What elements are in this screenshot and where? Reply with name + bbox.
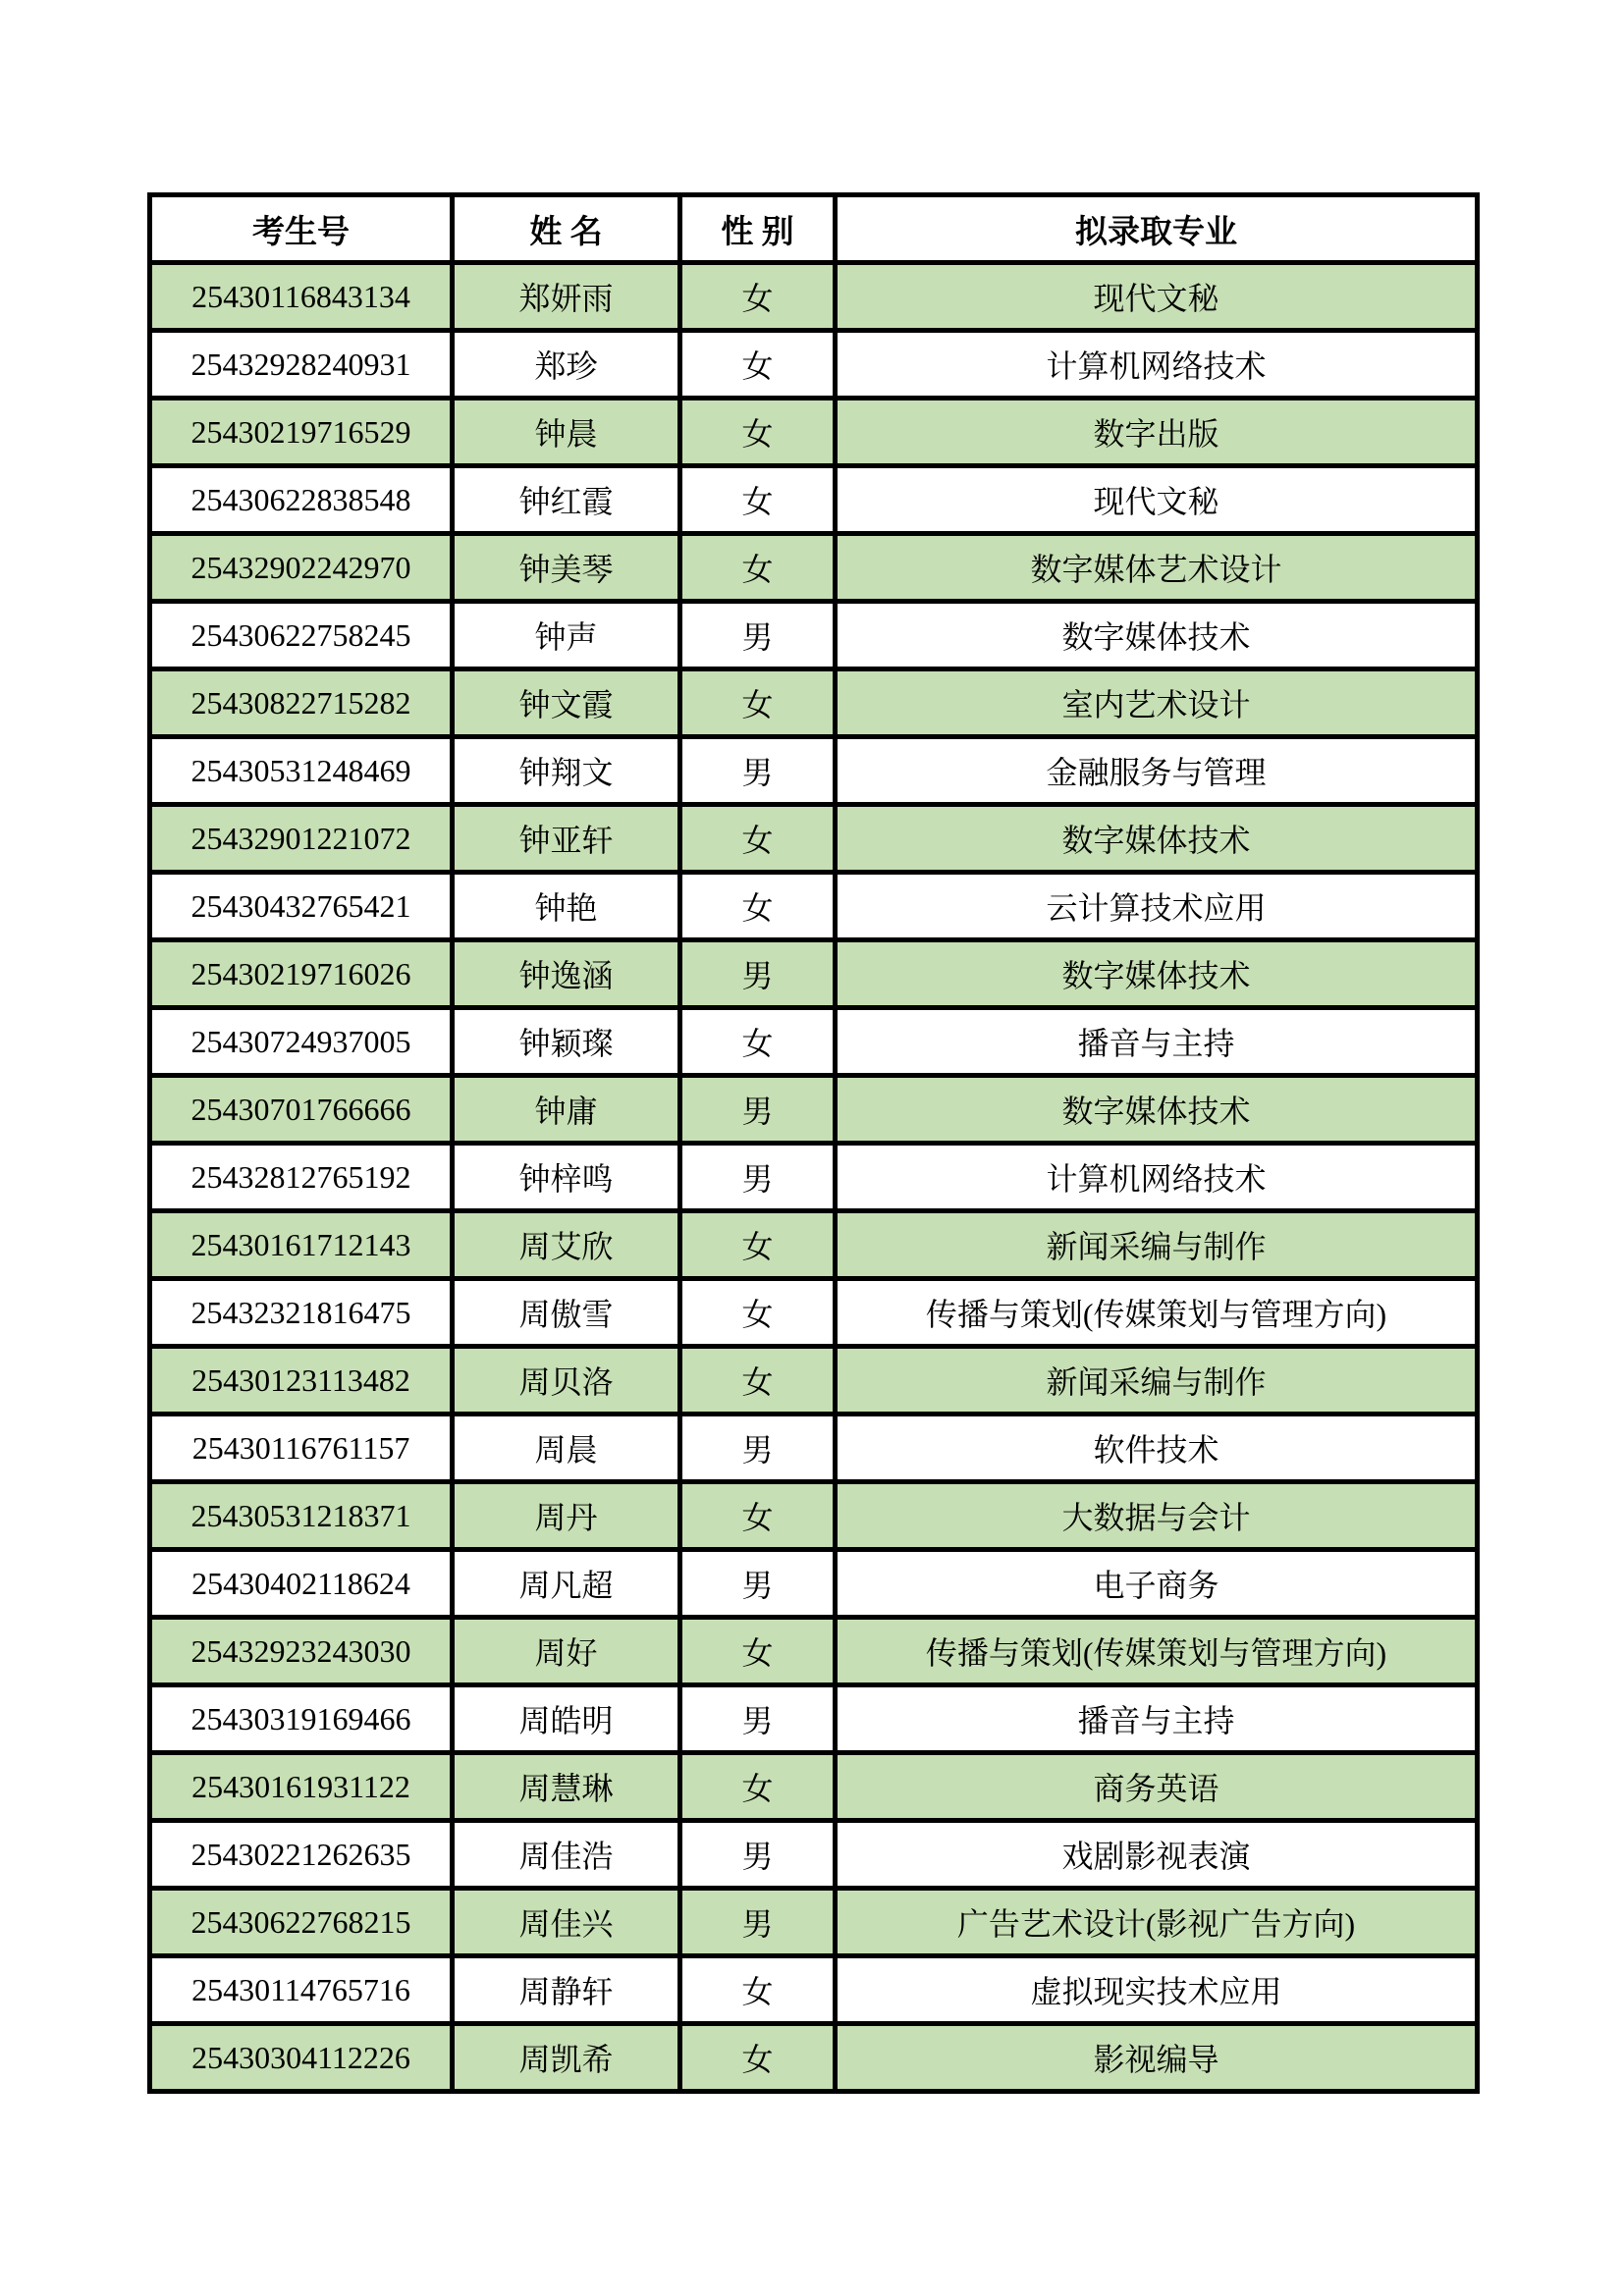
gender-cell: 女 (680, 1279, 836, 1347)
gender-cell: 男 (680, 1415, 836, 1482)
major-cell: 数字媒体技术 (836, 1076, 1478, 1144)
table-row: 25430219716529钟晨女数字出版 (150, 399, 1478, 466)
candidate-id-cell: 25430116761157 (150, 1415, 453, 1482)
gender-cell: 女 (680, 534, 836, 602)
gender-cell: 男 (680, 737, 836, 805)
table-row: 25430114765716周静轩女虚拟现实技术应用 (150, 1956, 1478, 2024)
name-cell: 周凡超 (453, 1550, 680, 1618)
table-row: 25430531248469钟翔文男金融服务与管理 (150, 737, 1478, 805)
candidate-id-cell: 25430116843134 (150, 263, 453, 331)
candidate-id-cell: 25430219716529 (150, 399, 453, 466)
major-cell: 现代文秘 (836, 263, 1478, 331)
gender-cell: 男 (680, 1076, 836, 1144)
table-row: 25430161712143周艾欣女新闻采编与制作 (150, 1211, 1478, 1279)
admission-roster-table: 考生号 姓 名 性 别 拟录取专业 25430116843134郑妍雨女现代文秘… (147, 192, 1480, 2094)
name-cell: 周贝洛 (453, 1347, 680, 1415)
candidate-id-cell: 25430161712143 (150, 1211, 453, 1279)
gender-cell: 男 (680, 940, 836, 1008)
major-cell: 现代文秘 (836, 466, 1478, 534)
candidate-id-cell: 25430319169466 (150, 1685, 453, 1753)
candidate-id-cell: 25430701766666 (150, 1076, 453, 1144)
table-row: 25430724937005钟颖璨女播音与主持 (150, 1008, 1478, 1076)
name-cell: 钟亚轩 (453, 805, 680, 873)
gender-cell: 女 (680, 1347, 836, 1415)
table-row: 25432901221072钟亚轩女数字媒体技术 (150, 805, 1478, 873)
name-cell: 周丹 (453, 1482, 680, 1550)
table-row: 25432902242970钟美琴女数字媒体艺术设计 (150, 534, 1478, 602)
table-row: 25430531218371周丹女大数据与会计 (150, 1482, 1478, 1550)
table-row: 25430402118624周凡超男电子商务 (150, 1550, 1478, 1618)
gender-cell: 男 (680, 602, 836, 669)
name-cell: 周凯希 (453, 2024, 680, 2092)
table-row: 25430221262635周佳浩男戏剧影视表演 (150, 1821, 1478, 1889)
major-cell: 软件技术 (836, 1415, 1478, 1482)
gender-cell: 女 (680, 399, 836, 466)
major-cell: 电子商务 (836, 1550, 1478, 1618)
table-row: 25430622768215周佳兴男广告艺术设计(影视广告方向) (150, 1889, 1478, 1956)
major-cell: 播音与主持 (836, 1685, 1478, 1753)
gender-cell: 女 (680, 1482, 836, 1550)
candidate-id-cell: 25432901221072 (150, 805, 453, 873)
name-cell: 周佳浩 (453, 1821, 680, 1889)
gender-cell: 女 (680, 2024, 836, 2092)
name-cell: 周静轩 (453, 1956, 680, 2024)
table-row: 25430123113482周贝洛女新闻采编与制作 (150, 1347, 1478, 1415)
name-cell: 钟梓鸣 (453, 1144, 680, 1211)
name-cell: 钟艳 (453, 873, 680, 940)
table-row: 25430822715282钟文霞女室内艺术设计 (150, 669, 1478, 737)
gender-cell: 男 (680, 1550, 836, 1618)
major-cell: 戏剧影视表演 (836, 1821, 1478, 1889)
major-cell: 广告艺术设计(影视广告方向) (836, 1889, 1478, 1956)
major-cell: 室内艺术设计 (836, 669, 1478, 737)
candidate-id-cell: 25432321816475 (150, 1279, 453, 1347)
table-row: 25430319169466周皓明男播音与主持 (150, 1685, 1478, 1753)
gender-cell: 男 (680, 1821, 836, 1889)
gender-cell: 女 (680, 331, 836, 399)
major-cell: 数字媒体艺术设计 (836, 534, 1478, 602)
name-cell: 钟晨 (453, 399, 680, 466)
header-name: 姓 名 (453, 195, 680, 263)
name-cell: 周艾欣 (453, 1211, 680, 1279)
major-cell: 云计算技术应用 (836, 873, 1478, 940)
major-cell: 数字媒体技术 (836, 940, 1478, 1008)
candidate-id-cell: 25432902242970 (150, 534, 453, 602)
table-row: 25430219716026钟逸涵男数字媒体技术 (150, 940, 1478, 1008)
major-cell: 传播与策划(传媒策划与管理方向) (836, 1279, 1478, 1347)
major-cell: 数字出版 (836, 399, 1478, 466)
name-cell: 钟翔文 (453, 737, 680, 805)
table-row: 25430304112226周凯希女影视编导 (150, 2024, 1478, 2092)
name-cell: 钟美琴 (453, 534, 680, 602)
header-gender: 性 别 (680, 195, 836, 263)
roster-body: 25430116843134郑妍雨女现代文秘25432928240931郑珍女计… (150, 263, 1478, 2092)
major-cell: 新闻采编与制作 (836, 1211, 1478, 1279)
candidate-id-cell: 25430219716026 (150, 940, 453, 1008)
gender-cell: 男 (680, 1685, 836, 1753)
candidate-id-cell: 25430123113482 (150, 1347, 453, 1415)
major-cell: 大数据与会计 (836, 1482, 1478, 1550)
name-cell: 周晨 (453, 1415, 680, 1482)
scanned-admission-sheet: 考生号 姓 名 性 别 拟录取专业 25430116843134郑妍雨女现代文秘… (0, 0, 1624, 2296)
table-row: 25432321816475周傲雪女传播与策划(传媒策划与管理方向) (150, 1279, 1478, 1347)
table-row: 25430622758245钟声男数字媒体技术 (150, 602, 1478, 669)
table-row: 25430701766666钟庸男数字媒体技术 (150, 1076, 1478, 1144)
name-cell: 钟逸涵 (453, 940, 680, 1008)
major-cell: 金融服务与管理 (836, 737, 1478, 805)
major-cell: 播音与主持 (836, 1008, 1478, 1076)
name-cell: 周傲雪 (453, 1279, 680, 1347)
candidate-id-cell: 25430622758245 (150, 602, 453, 669)
gender-cell: 女 (680, 1956, 836, 2024)
name-cell: 郑妍雨 (453, 263, 680, 331)
candidate-id-cell: 25432812765192 (150, 1144, 453, 1211)
major-cell: 计算机网络技术 (836, 331, 1478, 399)
gender-cell: 男 (680, 1144, 836, 1211)
name-cell: 钟庸 (453, 1076, 680, 1144)
name-cell: 周慧琳 (453, 1753, 680, 1821)
candidate-id-cell: 25430304112226 (150, 2024, 453, 2092)
table-row: 25432923243030周好女传播与策划(传媒策划与管理方向) (150, 1618, 1478, 1685)
candidate-id-cell: 25430432765421 (150, 873, 453, 940)
name-cell: 钟文霞 (453, 669, 680, 737)
name-cell: 钟红霞 (453, 466, 680, 534)
candidate-id-cell: 25430161931122 (150, 1753, 453, 1821)
candidate-id-cell: 25430622768215 (150, 1889, 453, 1956)
candidate-id-cell: 25430531248469 (150, 737, 453, 805)
table-row: 25432928240931郑珍女计算机网络技术 (150, 331, 1478, 399)
name-cell: 周皓明 (453, 1685, 680, 1753)
major-cell: 计算机网络技术 (836, 1144, 1478, 1211)
header-row: 考生号 姓 名 性 别 拟录取专业 (150, 195, 1478, 263)
candidate-id-cell: 25430822715282 (150, 669, 453, 737)
major-cell: 数字媒体技术 (836, 602, 1478, 669)
table-row: 25432812765192钟梓鸣男计算机网络技术 (150, 1144, 1478, 1211)
candidate-id-cell: 25430622838548 (150, 466, 453, 534)
candidate-id-cell: 25432923243030 (150, 1618, 453, 1685)
gender-cell: 女 (680, 1008, 836, 1076)
candidate-id-cell: 25430221262635 (150, 1821, 453, 1889)
header-candidate-id: 考生号 (150, 195, 453, 263)
gender-cell: 女 (680, 1753, 836, 1821)
table-row: 25430622838548钟红霞女现代文秘 (150, 466, 1478, 534)
name-cell: 周佳兴 (453, 1889, 680, 1956)
candidate-id-cell: 25430402118624 (150, 1550, 453, 1618)
gender-cell: 女 (680, 466, 836, 534)
table-row: 25430161931122周慧琳女商务英语 (150, 1753, 1478, 1821)
gender-cell: 女 (680, 1211, 836, 1279)
gender-cell: 女 (680, 263, 836, 331)
gender-cell: 女 (680, 1618, 836, 1685)
table-row: 25430432765421钟艳女云计算技术应用 (150, 873, 1478, 940)
major-cell: 传播与策划(传媒策划与管理方向) (836, 1618, 1478, 1685)
major-cell: 影视编导 (836, 2024, 1478, 2092)
gender-cell: 女 (680, 873, 836, 940)
name-cell: 郑珍 (453, 331, 680, 399)
candidate-id-cell: 25430724937005 (150, 1008, 453, 1076)
major-cell: 商务英语 (836, 1753, 1478, 1821)
candidate-id-cell: 25430114765716 (150, 1956, 453, 2024)
header-major: 拟录取专业 (836, 195, 1478, 263)
table-row: 25430116843134郑妍雨女现代文秘 (150, 263, 1478, 331)
table-row: 25430116761157周晨男软件技术 (150, 1415, 1478, 1482)
name-cell: 钟声 (453, 602, 680, 669)
name-cell: 钟颖璨 (453, 1008, 680, 1076)
name-cell: 周好 (453, 1618, 680, 1685)
major-cell: 虚拟现实技术应用 (836, 1956, 1478, 2024)
gender-cell: 女 (680, 805, 836, 873)
candidate-id-cell: 25432928240931 (150, 331, 453, 399)
major-cell: 数字媒体技术 (836, 805, 1478, 873)
candidate-id-cell: 25430531218371 (150, 1482, 453, 1550)
gender-cell: 女 (680, 669, 836, 737)
major-cell: 新闻采编与制作 (836, 1347, 1478, 1415)
gender-cell: 男 (680, 1889, 836, 1956)
